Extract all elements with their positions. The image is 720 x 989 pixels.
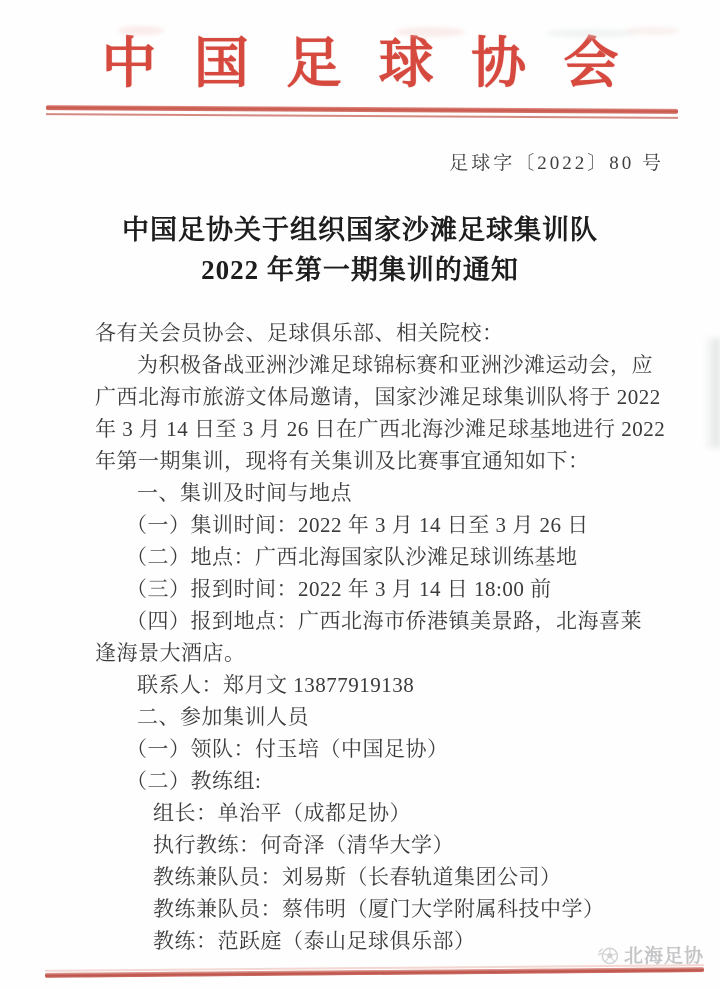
letterhead-rule-thin [46, 113, 678, 119]
doc-line: （二）教练组: [95, 765, 662, 797]
football-icon [597, 944, 619, 966]
doc-line: 为积极备战亚洲沙滩足球锦标赛和亚洲沙滩运动会，应 [95, 349, 662, 381]
doc-line: 逢海景大酒店。 [95, 637, 662, 669]
scan-edge-smudge [704, 338, 720, 448]
doc-line: 教练兼队员：刘易斯（长春轨道集团公司） [95, 861, 662, 893]
document-title-line1: 中国足协关于组织国家沙滩足球集训队 [0, 210, 720, 250]
salutation-line: 各有关会员协会、足球俱乐部、相关院校： [95, 317, 662, 349]
doc-line: （三）报到时间：2022 年 3 月 14 日 18:00 前 [95, 573, 662, 605]
letterhead-divider [46, 105, 678, 119]
document-number: 足球字〔2022〕80 号 [0, 148, 720, 175]
document-body: 各有关会员协会、足球俱乐部、相关院校： 为积极备战亚洲沙滩足球锦标赛和亚洲沙滩运… [95, 317, 662, 957]
scanned-notice-page: 中国足球协会 足球字〔2022〕80 号 中国足协关于组织国家沙滩足球集训队 2… [0, 0, 720, 989]
doc-line: （一）集训时间：2022 年 3 月 14 日至 3 月 26 日 [95, 509, 662, 541]
doc-line: 教练兼队员：蔡伟明（厦门大学附属科技中学） [95, 893, 662, 925]
doc-line: （四）报到地点：广西北海市侨港镇美景路，北海喜莱 [95, 605, 662, 637]
letterhead-rule-thick [46, 105, 678, 114]
contact-line: 联系人：郑月文 13877919138 [95, 669, 662, 701]
doc-line: 年第一期集训，现将有关集训及比赛事宜通知如下： [95, 445, 662, 477]
doc-line: 教练：范跃庭（泰山足球俱乐部） [95, 925, 662, 957]
section-heading-1: 一、集训及时间与地点 [95, 477, 662, 509]
document-title: 中国足协关于组织国家沙滩足球集训队 2022 年第一期集训的通知 [0, 210, 720, 290]
doc-line: 年 3 月 14 日至 3 月 26 日在广西北海沙滩足球基地进行 2022 [95, 413, 662, 445]
doc-line: 广西北海市旅游文体局邀请，国家沙滩足球集训队将于 2022 [95, 381, 662, 413]
letterhead-org-name: 中国足球协会 [0, 27, 720, 100]
doc-line: （一）领队：付玉培（中国足协） [95, 733, 662, 765]
document-title-line2: 2022 年第一期集训的通知 [0, 250, 720, 290]
doc-line: （二）地点：广西北海国家队沙滩足球训练基地 [95, 541, 662, 573]
doc-line: 执行教练：何奇泽（清华大学） [95, 829, 662, 861]
bottom-red-rule [45, 967, 704, 978]
doc-line: 组长：单治平（成都足协） [95, 797, 662, 829]
section-heading-2: 二、参加集训人员 [95, 701, 662, 733]
